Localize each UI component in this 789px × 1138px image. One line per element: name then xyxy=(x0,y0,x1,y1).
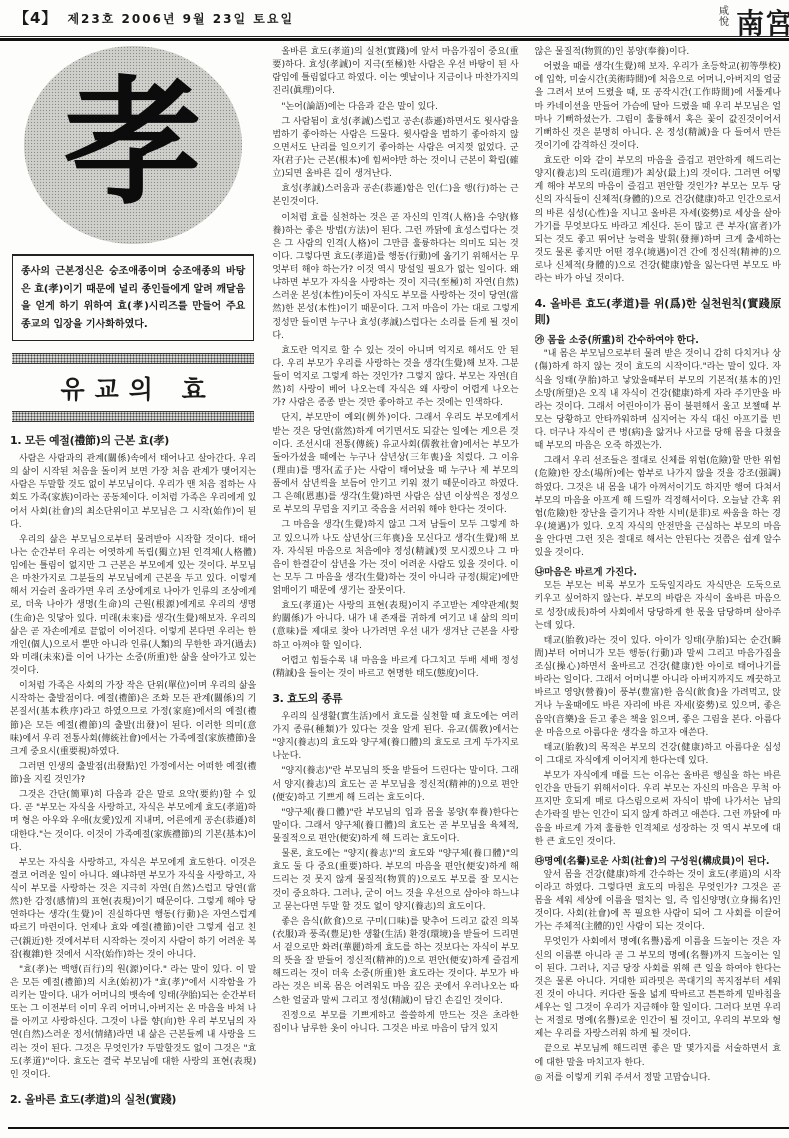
paragraph: 그것은 간단(簡單)히 다음과 같은 말로 요약(要約)할 수 있다. 곧 "부… xyxy=(10,789,256,855)
paragraph: 부모는 자식을 사랑하고, 자식은 부모에게 효도한다. 이것은 결코 어려운 … xyxy=(10,857,256,962)
paragraph: 사람은 사람과의 관계(關係)속에서 태어나고 살아간다. 우리의 삶이 시작된… xyxy=(10,453,256,532)
paragraph: 어렸을 때를 생각(生覺)해 보자. 우리가 초등학교(初等學校)에 입학, 미… xyxy=(535,61,781,153)
paragraph: 어렵고 힘들수록 내 마음을 바르게 다그치고 두배 세배 정성(精誠)을 들이… xyxy=(272,655,518,681)
title-ornament-top xyxy=(12,353,254,364)
paragraph: 효도란 이와 같이 부모의 마음을 즐겁고 편안하게 해드리는 양지(養志)의 … xyxy=(535,155,781,286)
sub-item-heading: ㉯마음은 바르게 가진다. xyxy=(535,564,781,578)
paragraph: 그러면 인생의 출발점(出發點)인 가정에서는 어떠한 예절(禮節)을 지킬 것… xyxy=(10,761,256,787)
section-heading: 1. 모든 예절(禮節)의 근본 효(孝) xyxy=(10,432,256,448)
paragraph: "양지(養志)"란 부모님의 뜻을 받들어 드린다는 말이다. 그래서 양지(養… xyxy=(272,765,518,804)
issue-date: 제23호 2006년 9월 23일 토요일 xyxy=(67,10,294,27)
column-2: 올바른 효도(孝道)의 실천(實踐)에 앞서 마음가짐이 중요(重要)하다. 효… xyxy=(272,46,518,1124)
masthead: 咸悅 南宮 xyxy=(719,2,789,38)
section-heading: 3. 효도의 종류 xyxy=(272,690,518,706)
paragraph: 그 사람됨이 효성(孝誠)스럽고 공손(恭遜)하면서도 윗사람을 범하기 좋아하… xyxy=(272,116,518,182)
paragraph: 태교(胎敎)라는 것이 있다. 아이가 잉태(孕胎)되는 순간(瞬間)부터 어머… xyxy=(535,635,781,740)
paragraph: 그래서 우리 선조들은 절대로 신체를 위험(危險)할 만한 위험(危險)한 장… xyxy=(535,455,781,560)
paragraph: 그 마음을 생각(生覺)하지 않고 그저 남들이 모두 그렇게 하고 있으니까 … xyxy=(272,519,518,598)
paragraph: 이처럼 가족은 사회의 가장 작은 단위(單位)이며 우리의 삶을 시작하는 출… xyxy=(10,680,256,759)
paragraph: 진정으로 부모를 기쁘게하고 쓸쓸하게 만드는 것은 초라한 집이나 남루한 옷… xyxy=(272,1010,518,1036)
header-rule xyxy=(0,38,789,41)
header-rule-thin xyxy=(0,36,789,37)
paragraph: 앞서 몸을 건강(健康)하게 간수하는 것이 효도(孝道)의 시작이라고 하였다… xyxy=(535,869,781,935)
column-1: 孝 종사의 근본정신은 숭조애종이며 숭조애종의 바탕은 효(孝)이기 때문에 … xyxy=(10,46,256,1124)
paragraph: 끝으로 부모님께 해드리면 좋은 말 몇가지를 서술하면서 효에 대한 말을 마… xyxy=(535,1043,781,1069)
article-title-block: 유교의 효 xyxy=(12,353,254,422)
paragraph: 효성(孝誠)스러움과 공손(恭遜)함은 인(仁)을 행(行)하는 근본인것이다. xyxy=(272,183,518,209)
paragraph: 않은 물질적(物質的)인 봉양(奉養)이다. xyxy=(535,46,781,59)
paragraph: 단지, 부모만이 예외(例外)이다. 그래서 우리도 부모에게서 받는 것은 당… xyxy=(272,412,518,517)
hanja-hyo-glyph: 孝 xyxy=(64,74,202,212)
caption-box: 종사의 근본정신은 숭조애종이며 숭조애종의 바탕은 효(孝)이기 때문에 널리… xyxy=(12,254,254,341)
paragraph: "효(孝)는 백행(百行)의 원(源)이다." 라는 말이 있다. 이 말은 모… xyxy=(10,964,256,1082)
paragraph: "양구체(養口體)"란 부모님의 입과 몸을 봉양(奉養)한다는 말이다. 그래… xyxy=(272,807,518,846)
paragraph: 무엇인가 사회에서 명예(名譽)롭게 이름을 드높이는 것은 자신의 이름뿐 아… xyxy=(535,936,781,1041)
paragraph: "논어(論語)에는 다음과 같은 말이 있다. xyxy=(272,101,518,114)
page-bottom-rule xyxy=(8,1127,789,1129)
sub-item-heading: ㉮ 몸을 소중(所重)히 간수하여야 한다. xyxy=(535,332,781,346)
section-heading: 2. 올바른 효도(孝道)의 실천(實踐) xyxy=(10,1091,256,1107)
article-title: 유교의 효 xyxy=(12,364,254,411)
paragraph: "내 몸은 부모님으로부터 물려 받은 것이니 감히 다치거나 상(傷)하게 하… xyxy=(535,348,781,453)
paragraph: 좋은 음식(飮食)으로 구미(口味)를 맞추어 드리고 값진 의복(衣服)과 풍… xyxy=(272,916,518,1008)
newspaper-page: 【4】 제23호 2006년 9월 23일 토요일 咸悅 南宮 孝 종사의 근본… xyxy=(0,0,789,1138)
masthead-title: 南宮 xyxy=(736,2,789,38)
title-ornament-bottom xyxy=(12,411,254,422)
paragraph: 효도(孝道)는 사랑의 표현(表現)이지 주고받는 계약관계(契約關係)가 아니… xyxy=(272,600,518,653)
sub-item-heading: ㉰명예(名譽)로운 사회(社會)의 구성원(構成員)이 된다. xyxy=(535,853,781,867)
paragraph: 우리의 실생활(實生活)에서 효도를 실천할 때 효도에는 여러 가지 종류(種… xyxy=(272,711,518,764)
section-heading: 4. 올바른 효도(孝道)를 위(爲)한 실천원칙(實踐原則) xyxy=(535,295,781,327)
masthead-small-text: 咸悅 xyxy=(719,6,731,28)
article-body: 孝 종사의 근본정신은 숭조애종이며 숭조애종의 바탕은 효(孝)이기 때문에 … xyxy=(10,46,781,1124)
paragraph: 부모가 자식에게 매를 드는 이유는 올바른 행실을 하는 바른 인간을 만들기… xyxy=(535,770,781,849)
paragraph: 올바른 효도(孝道)의 실천(實踐)에 앞서 마음가짐이 중요(重要)하다. 효… xyxy=(272,46,518,99)
column-3: 않은 물질적(物質的)인 봉양(奉養)이다.어렸을 때를 생각(生覺)해 보자.… xyxy=(535,46,781,1124)
page-number: 【4】 xyxy=(14,7,57,28)
paragraph: 효도란 억지로 할 수 있는 것이 아니며 억지로 해서도 안 된다. 우리 부… xyxy=(272,345,518,411)
paragraph: 이처럼 효를 실천하는 것은 곧 자신의 인격(人格)을 수양(修養)하는 좋은… xyxy=(272,212,518,343)
feature-image: 孝 xyxy=(24,46,242,244)
paragraph: ◎ 저를 이렇게 키워 주셔서 정말 고맙습니다. xyxy=(535,1072,781,1085)
header-left: 【4】 제23호 2006년 9월 23일 토요일 xyxy=(14,7,294,28)
paragraph: 물론, 효도에는 "양지(養志)"의 효도와 "양구체(養口體)"의 효도 둘 … xyxy=(272,848,518,914)
page-header: 【4】 제23호 2006년 9월 23일 토요일 咸悅 南宮 xyxy=(0,0,789,38)
paragraph: 모든 부모는 비록 부모가 도둑일지라도 자식만은 도둑으로 키우고 싶어하지 … xyxy=(535,580,781,633)
paragraph: 우리의 삶은 부모님으로부터 물려받아 시작할 것이다. 태어나는 순간부터 우… xyxy=(10,534,256,678)
paragraph: 태교(胎敎)의 목적은 부모의 건강(健康)하고 아름다운 심성이 그대로 자식… xyxy=(535,742,781,768)
